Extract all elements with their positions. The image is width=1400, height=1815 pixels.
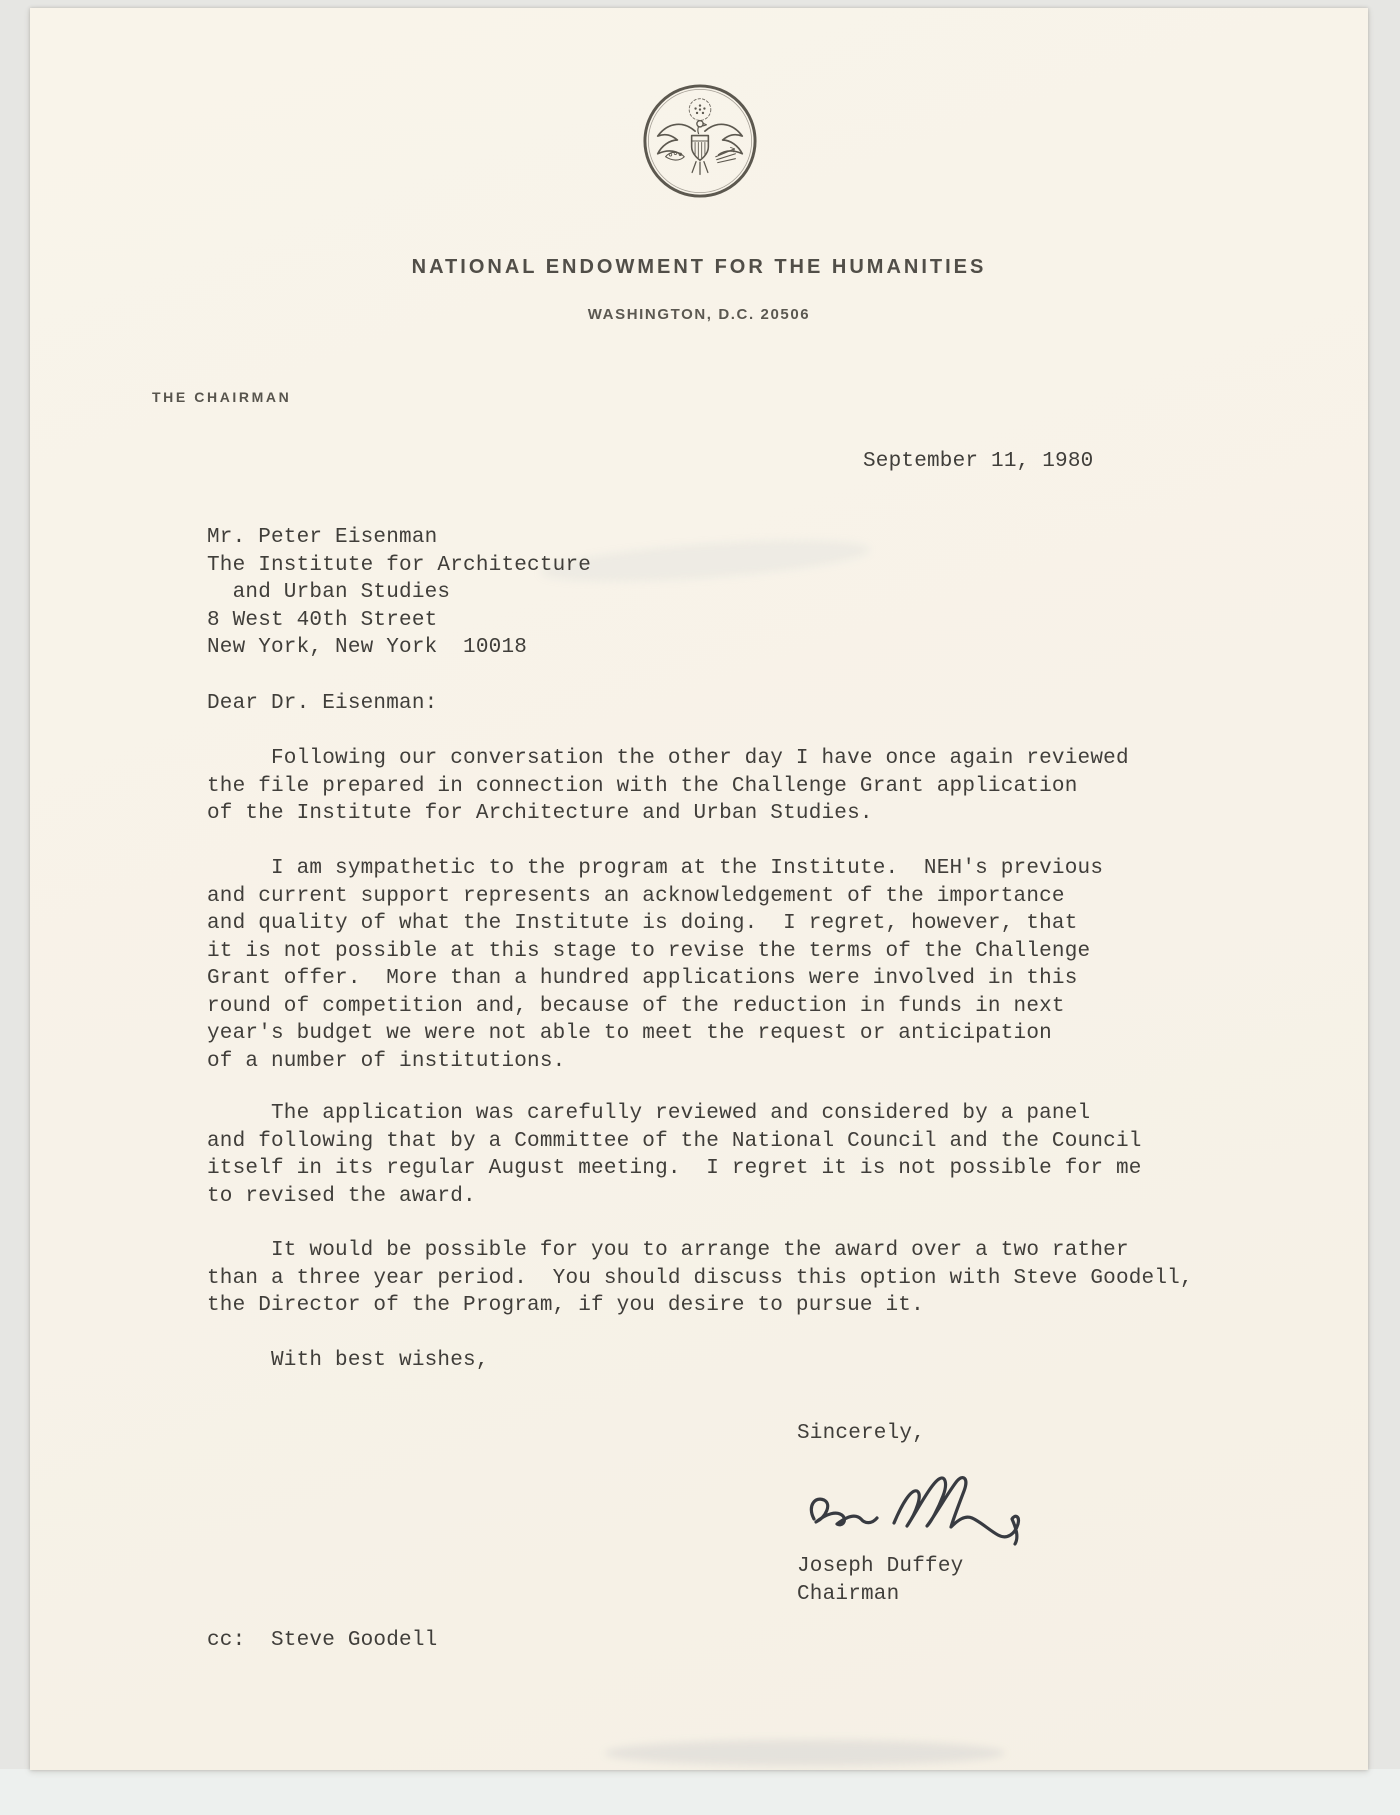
bleed-through-smudge <box>605 1740 1005 1766</box>
desk-background <box>0 1769 1400 1815</box>
body-paragraph-4: It would be possible for you to arrange … <box>207 1237 1193 1320</box>
body-paragraph-3: The application was carefully reviewed a… <box>207 1100 1142 1210</box>
salutation: Dear Dr. Eisenman: <box>207 690 437 718</box>
office-title: THE CHAIRMAN <box>152 389 291 405</box>
signer-name: Joseph Duffey <box>797 1553 963 1581</box>
cc-line: cc: Steve Goodell <box>207 1627 437 1655</box>
org-name: NATIONAL ENDOWMENT FOR THE HUMANITIES <box>30 256 1368 279</box>
letter-page: NATIONAL ENDOWMENT FOR THE HUMANITIES WA… <box>30 8 1368 1770</box>
letter-date: September 11, 1980 <box>863 448 1093 476</box>
us-eagle-seal-icon <box>641 82 759 200</box>
body-paragraph-1: Following our conversation the other day… <box>207 745 1129 828</box>
recipient-address-block: Mr. Peter Eisenman The Institute for Arc… <box>207 524 591 662</box>
signer-title: Chairman <box>797 1581 899 1609</box>
body-paragraph-2: I am sympathetic to the program at the I… <box>207 855 1103 1075</box>
closing-line: With best wishes, <box>207 1347 489 1375</box>
org-city-line: WASHINGTON, D.C. 20506 <box>30 306 1368 323</box>
joseph-duffey-handwritten-signature-icon <box>802 1471 1064 1563</box>
valediction: Sincerely, <box>797 1420 925 1448</box>
